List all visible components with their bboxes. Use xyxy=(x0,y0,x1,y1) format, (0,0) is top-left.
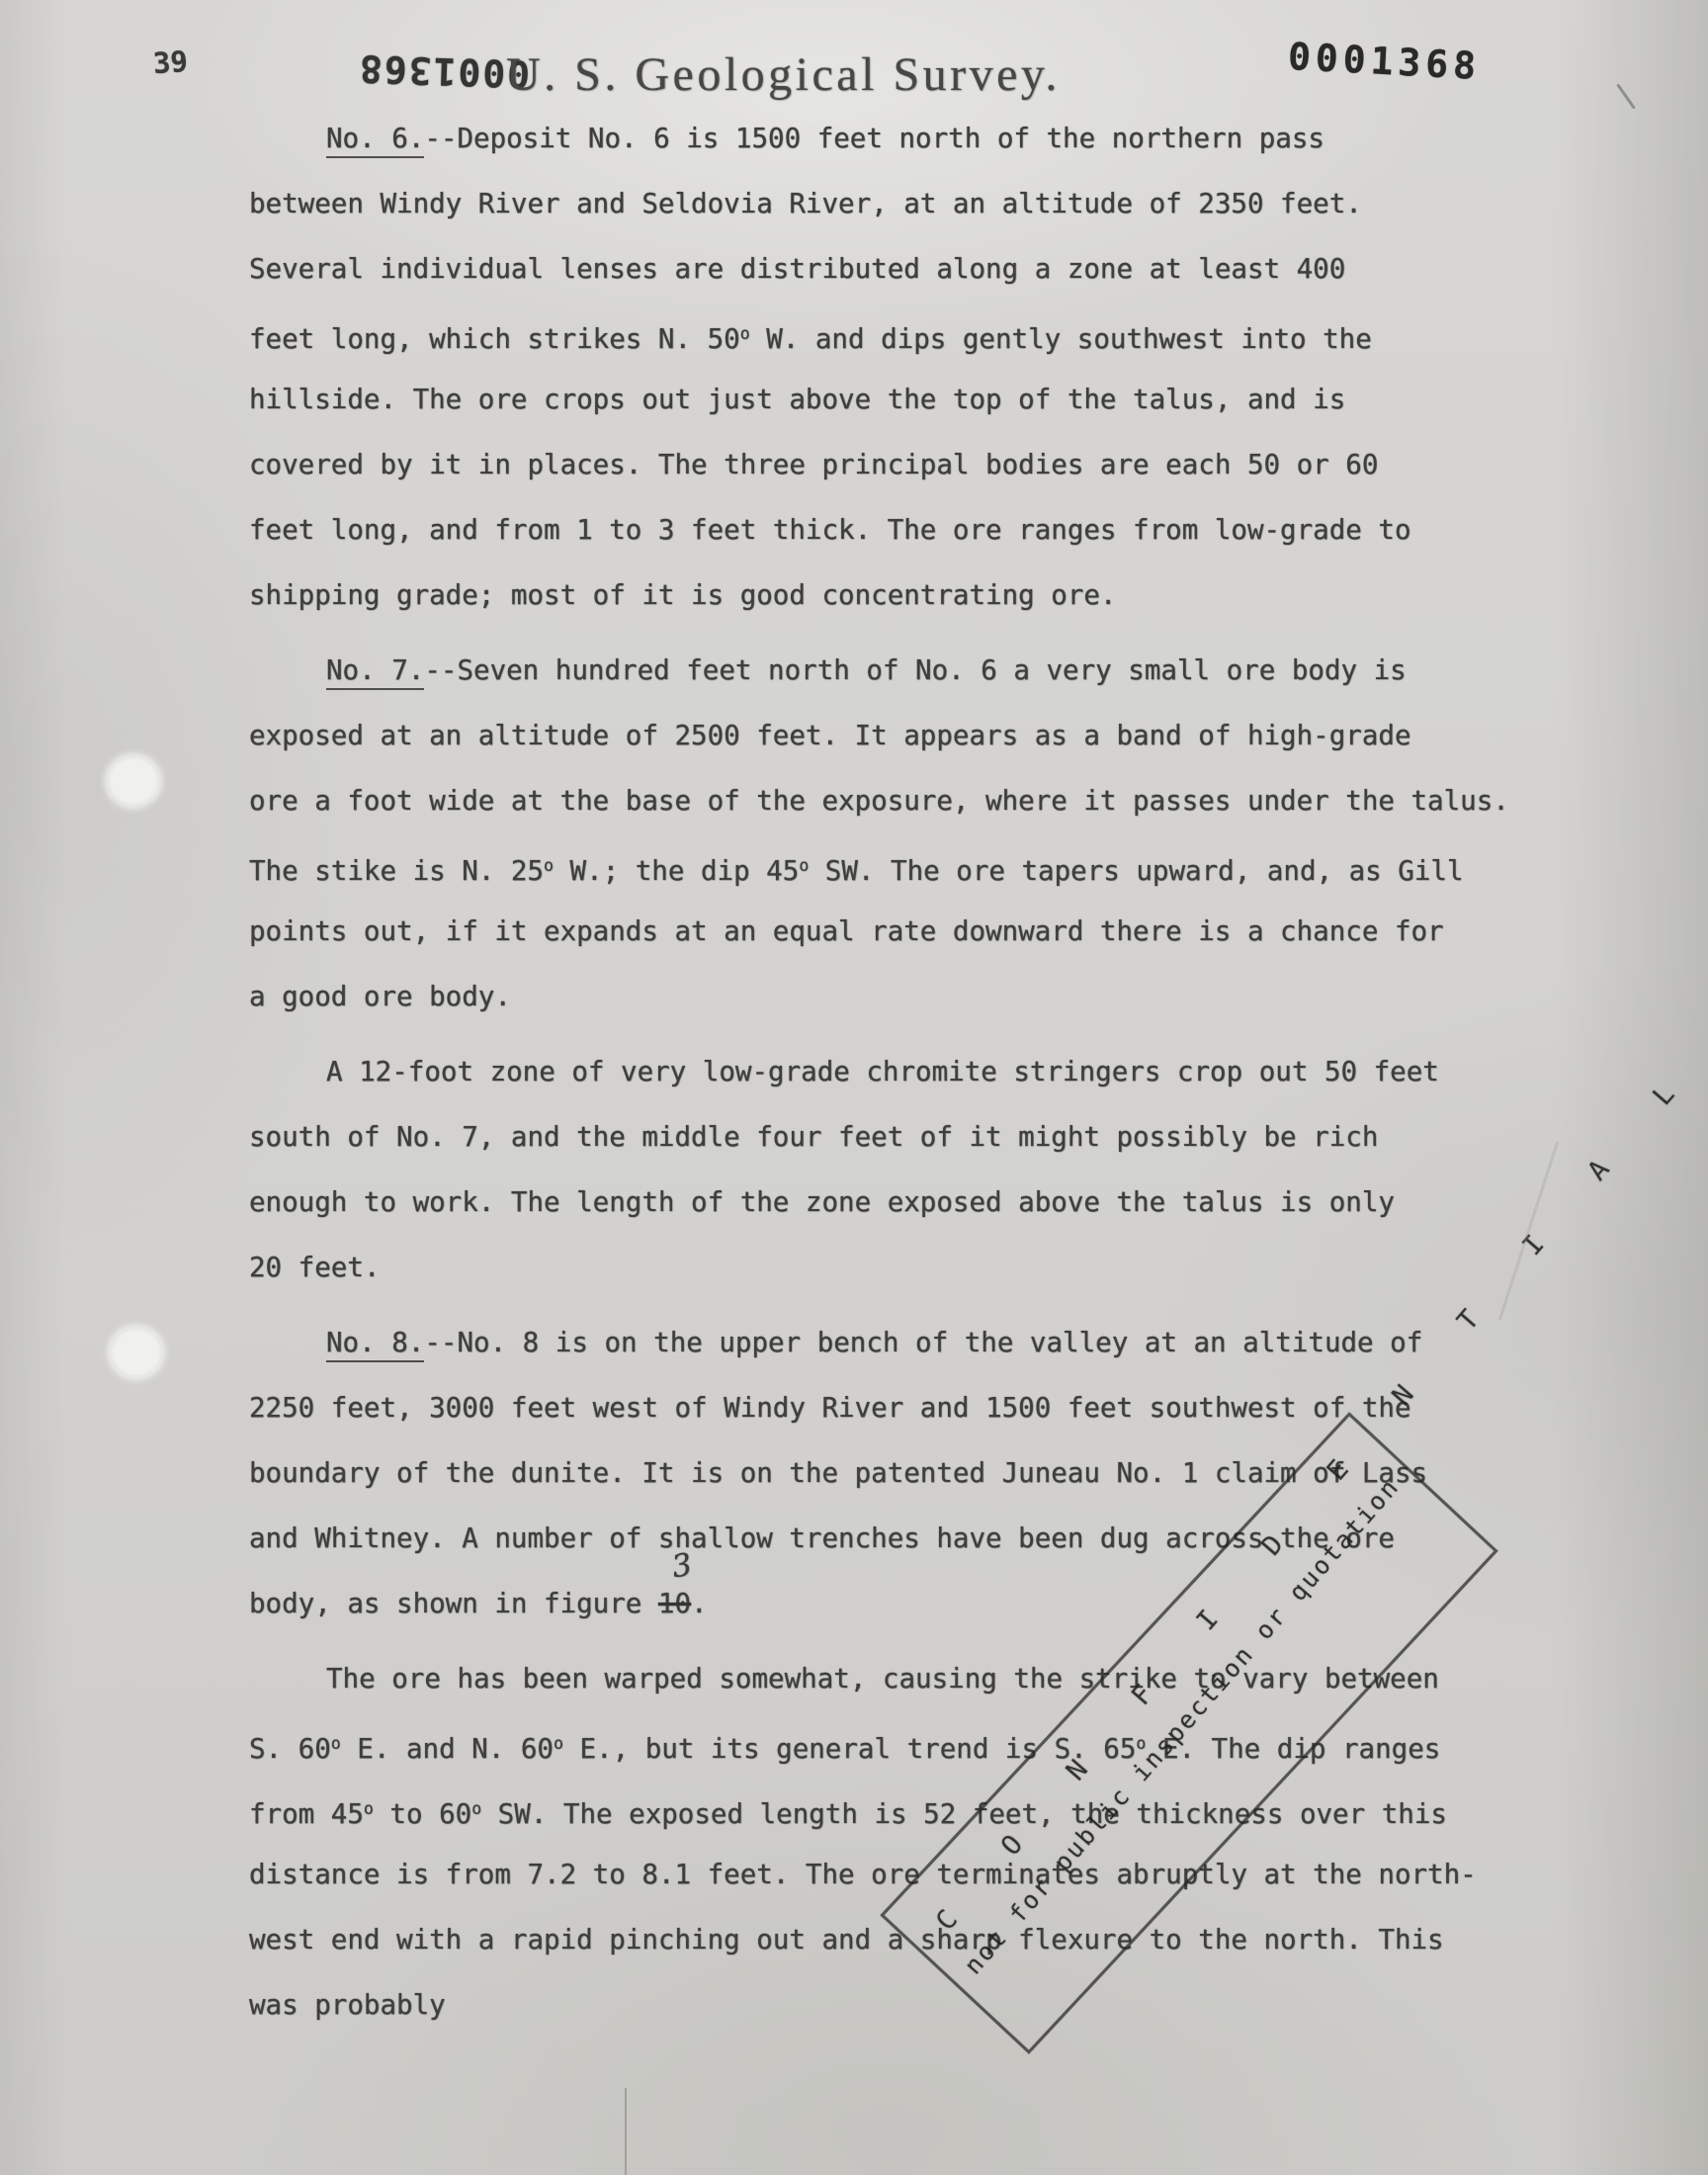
typed-line: feet long, and from 1 to 3 feet thick. T… xyxy=(249,497,1544,563)
typed-line: No. 7.--Seven hundred feet north of No. … xyxy=(249,638,1544,703)
page-sheet: 39 0001368 U. S. Geological Survey. 0001… xyxy=(0,0,1708,2175)
typed-line: No. 8.--No. 8 is on the upper bench of t… xyxy=(249,1310,1544,1375)
typed-line: shipping grade; most of it is good conce… xyxy=(249,563,1544,628)
document-body: No. 6.--Deposit No. 6 is 1500 feet north… xyxy=(249,106,1544,2038)
typed-line: a good ore body. xyxy=(249,964,1544,1029)
typed-line: enough to work. The length of the zone e… xyxy=(249,1170,1544,1235)
typed-line: No. 6.--Deposit No. 6 is 1500 feet north… xyxy=(249,106,1544,171)
typed-line: south of No. 7, and the middle four feet… xyxy=(249,1104,1544,1170)
typed-line: hillside. The ore crops out just above t… xyxy=(249,367,1544,432)
bottom-fold-line xyxy=(625,2088,627,2175)
typed-line: 20 feet. xyxy=(249,1235,1544,1300)
typed-line: covered by it in places. The three princ… xyxy=(249,432,1544,497)
typed-line: points out, if it expands at an equal ra… xyxy=(249,899,1544,964)
page-number: 39 xyxy=(152,44,189,80)
typed-line: between Windy River and Seldovia River, … xyxy=(249,171,1544,236)
typed-line: exposed at an altitude of 2500 feet. It … xyxy=(249,703,1544,768)
typed-line: was probably xyxy=(249,1972,1544,2038)
typed-line: Several individual lenses are distribute… xyxy=(249,236,1544,302)
typed-line: The stike is N. 25o W.; the dip 45o SW. … xyxy=(249,833,1544,899)
hole-punch-bottom xyxy=(111,1328,162,1377)
typed-line: A 12-foot zone of very low-grade chromit… xyxy=(249,1039,1544,1104)
header-title: U. S. Geological Survey. xyxy=(506,47,1061,102)
edge-pen-mark xyxy=(1616,83,1636,109)
serial-number-stamp: 0001368 xyxy=(1287,35,1482,88)
typed-line: feet long, which strikes N. 50o W. and d… xyxy=(249,302,1544,367)
typed-line: ore a foot wide at the base of the expos… xyxy=(249,768,1544,833)
flipped-serial-stamp: 0001368 xyxy=(357,46,531,96)
typed-line: from 45o to 60o SW. The exposed length i… xyxy=(249,1777,1544,1842)
hole-punch-top xyxy=(108,756,159,806)
